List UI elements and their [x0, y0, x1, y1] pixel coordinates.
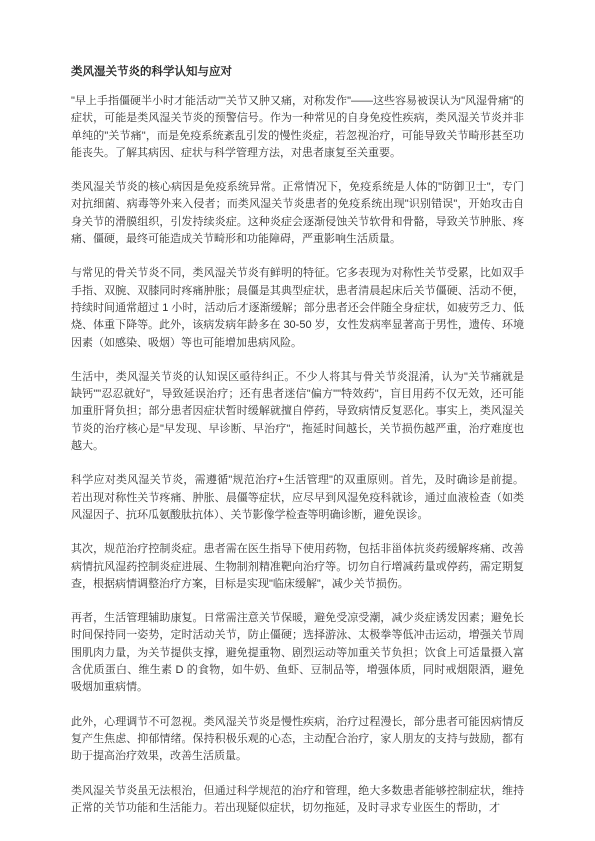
paragraph-cause: 类风湿关节炎的核心病因是免疫系统异常。正常情况下，免疫系统是人体的"防御卫士"，…	[71, 179, 524, 248]
paragraph-diagnosis: 科学应对类风湿关节炎，需遵循"规范治疗+生活管理"的双重原则。首先，及时确诊是前…	[71, 472, 524, 524]
document-page: 类风湿关节炎的科学认知与应对 "早上手指僵硬半小时才能活动""关节又肿又痛，对称…	[0, 0, 595, 841]
paragraph-conclusion-truncated: 类风湿关节炎虽无法根治，但通过科学规范的治疗和管理，绝大多数患者能够控制症状，维…	[71, 783, 524, 818]
paragraph-intro: "早上手指僵硬半小时才能活动""关节又肿又痛，对称发作"——这些容易被误认为"风…	[71, 93, 524, 162]
paragraph-psychology: 此外，心理调节不可忽视。类风湿关节炎是慢性疾病，治疗过程漫长，部分患者可能因病情…	[71, 714, 524, 766]
document-title: 类风湿关节炎的科学认知与应对	[71, 64, 524, 80]
paragraph-misconceptions: 生活中，类风湿关节炎的认知误区亟待纠正。不少人将其与骨关节炎混淆，认为"关节痛就…	[71, 369, 524, 455]
paragraph-treatment: 其次，规范治疗控制炎症。患者需在医生指导下使用药物，包括非甾体抗炎药缓解疼痛、改…	[71, 541, 524, 593]
paragraph-lifestyle: 再者，生活管理辅助康复。日常需注意关节保暖，避免受凉受潮，减少炎症诱发因素；避免…	[71, 610, 524, 696]
paragraph-symptoms: 与常见的骨关节炎不同，类风湿关节炎有鲜明的特征。它多表现为对称性关节受累，比如双…	[71, 265, 524, 351]
